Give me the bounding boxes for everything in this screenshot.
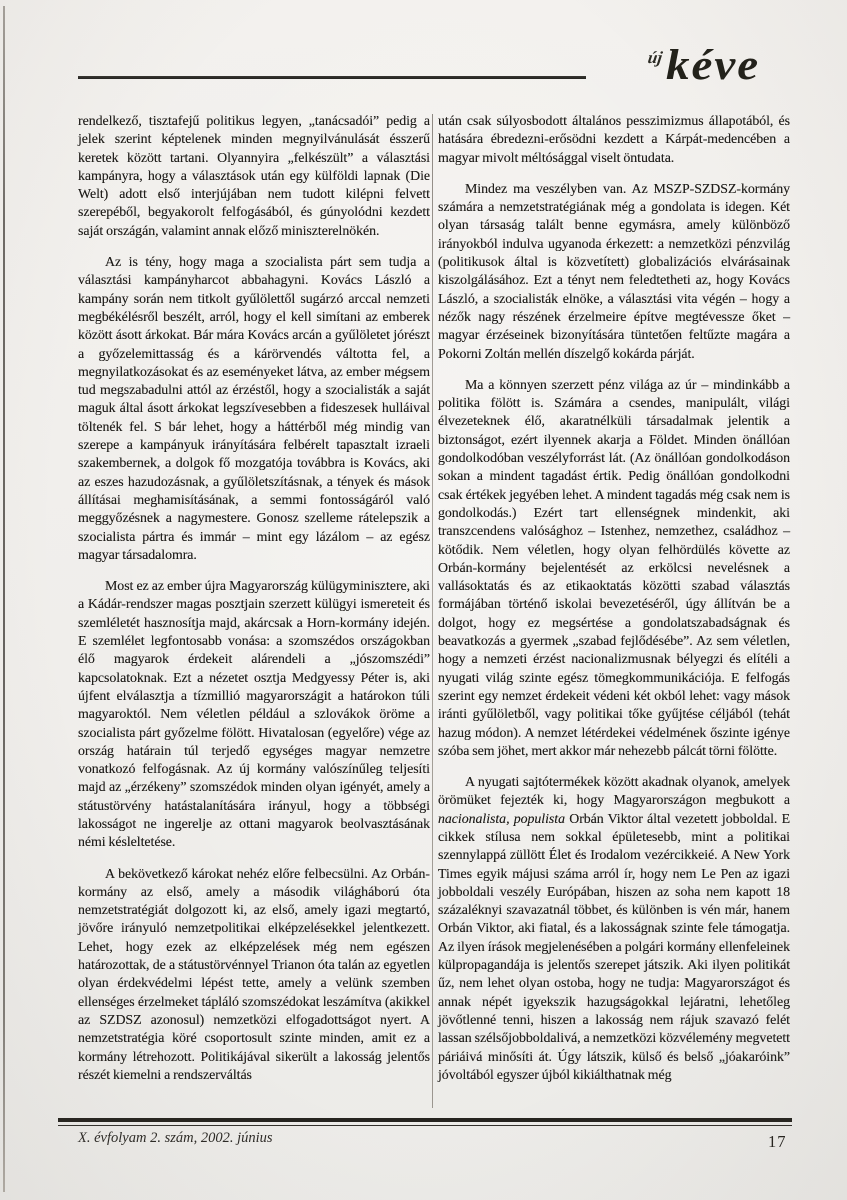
right-column: után csak súlyosbodott általános pesszim… <box>438 113 790 1085</box>
text-run: Mindez ma veszélyben van. Az MSZP-SZDSZ-… <box>438 182 790 362</box>
paragraph: Ma a könnyen szerzett pénz világa az úr … <box>438 377 790 761</box>
left-column: rendelkező, tisztafejű politikus legyen,… <box>78 113 430 1085</box>
text-run: A nyugati sajtótermékek között akadnak o… <box>438 775 790 808</box>
paragraph: rendelkező, tisztafejű politikus legyen,… <box>78 113 430 241</box>
text-run: Most ez az ember újra Magyarország külüg… <box>78 579 430 850</box>
paragraph: Mindez ma veszélyben van. Az MSZP-SZDSZ-… <box>438 181 790 364</box>
logo-word: kéve <box>666 40 760 90</box>
paragraph: után csak súlyosbodott általános pesszim… <box>438 113 790 168</box>
scanned-page: új kéve rendelkező, tisztafejű politikus… <box>0 0 847 1200</box>
column-divider <box>432 114 433 1108</box>
footer-rule <box>58 1118 792 1126</box>
text-run: Ma a könnyen szerzett pénz világa az úr … <box>438 378 790 759</box>
masthead-rule <box>78 76 586 79</box>
magazine-logo: új kéve <box>640 34 825 104</box>
paragraph: Az is tény, hogy maga a szocialista párt… <box>78 254 430 565</box>
text-run: után csak súlyosbodott általános pesszim… <box>438 114 790 166</box>
paragraph: A nyugati sajtótermékek között akadnak o… <box>438 774 790 1085</box>
paragraph: A bekövetkező károkat nehéz előre felbec… <box>78 866 430 1086</box>
text-run: Az is tény, hogy maga a szocialista párt… <box>78 255 430 563</box>
logo-prefix: új <box>647 48 664 68</box>
text-run: A bekövetkező károkat nehéz előre felbec… <box>78 867 430 1083</box>
italic-text-run: nacionalista, populista <box>438 812 565 827</box>
page-number: 17 <box>768 1132 787 1152</box>
paragraph: Most ez az ember újra Magyarország külüg… <box>78 578 430 852</box>
text-run: rendelkező, tisztafejű politikus legyen,… <box>78 114 430 239</box>
issue-line: X. évfolyam 2. szám, 2002. június <box>78 1130 273 1147</box>
scan-edge <box>3 6 5 1192</box>
text-run: Orbán Viktor által vezetett jobboldal. E… <box>438 812 790 1083</box>
